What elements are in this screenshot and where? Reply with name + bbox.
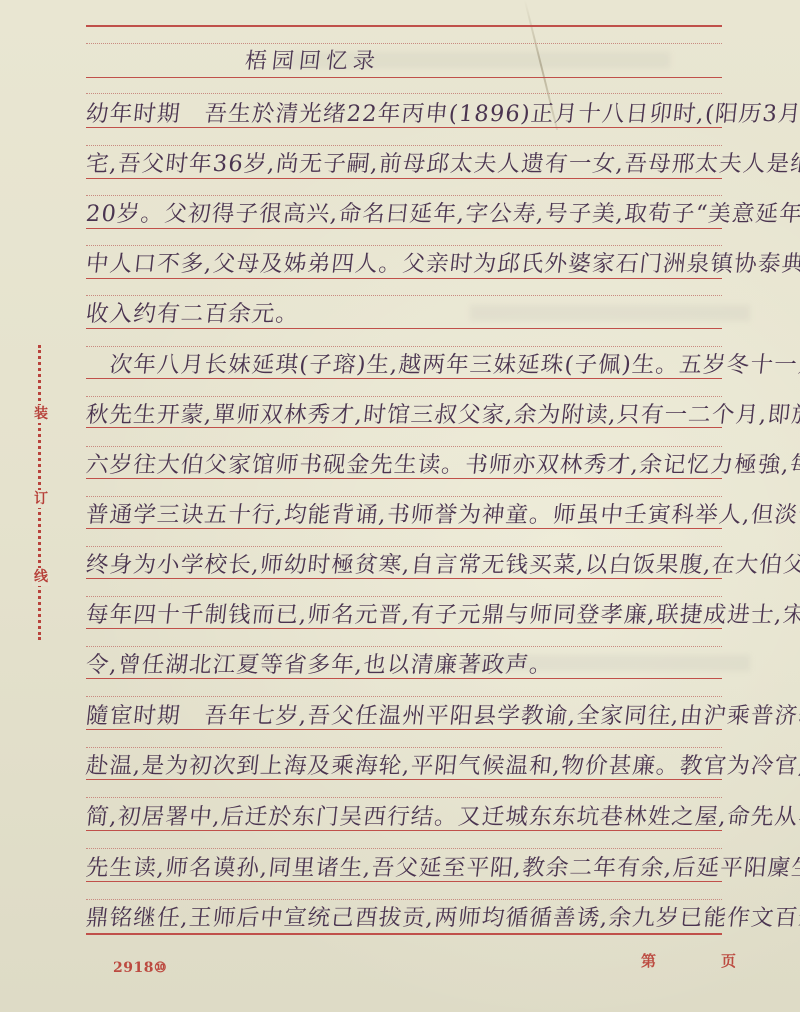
text-line: 幼年时期 吾生於清光绪22年丙申(1896)正月十八日卯时,(阳历3月1日)在南… (84, 99, 737, 129)
text-line: 简,初居署中,后迁於东门吴西行结。又迁城东东坑巷林姓之屋,命先从温镜蓉 (84, 802, 737, 832)
dotted-rule (86, 696, 722, 697)
manuscript-page: 装 订 线 梧园回忆录 幼年时期 吾生於清光绪22年丙申(1896)正月十八日卯… (0, 0, 800, 1012)
text-line: 六岁往大伯父家馆师书砚金先生读。书师亦双林秀才,余记忆力極強,每天读 (84, 450, 737, 480)
dotted-rule (86, 295, 722, 296)
dotted-rule (86, 899, 722, 900)
dotted-rule (86, 245, 722, 246)
text-line: 每年四十千制钱而已,师名元晋,有子元鼎与师同登孝廉,联捷成进士,宋仕为县 (84, 600, 737, 630)
dotted-rule (86, 596, 722, 597)
text-line: 宅,吾父时年36岁,尚无子嗣,前母邱太夫人遗有一女,吾母邢太夫人是继室,生吾时年 (84, 149, 737, 179)
text-line: 普通学三诀五十行,均能背诵,书师誉为神童。师虽中壬寅科举人,但淡于仕进, (84, 500, 737, 530)
text-line: 先生读,师名谟孙,同里诸生,吾父延至平阳,教余二年有余,后延平阳廩生王鑑如名 (84, 853, 737, 883)
dotted-rule (86, 446, 722, 447)
text-line: 秋先生开蒙,單师双林秀才,时馆三叔父家,余为附读,只有一二个月,即放年假。次年 (84, 400, 737, 430)
binding-char: 线 (32, 568, 50, 586)
text-line: 鼎铭继任,王师后中宣统己酉拔贡,两师均循循善诱,余九岁已能作文百余字。 (84, 903, 737, 933)
text-line: 次年八月长妹延琪(子瑢)生,越两年三妹延珠(子佩)生。五岁冬十一月從單今 (84, 350, 737, 380)
dotted-rule (86, 396, 722, 397)
dotted-rule (86, 346, 722, 347)
binding-char: 装 (32, 405, 50, 423)
rule (86, 77, 722, 78)
text-line: 终身为小学校长,师幼时極贫寒,自言常无钱买菜,以白饭果腹,在大伯父家束脩 (84, 550, 737, 580)
form-code: 2918⑩ (113, 960, 167, 976)
dotted-rule (86, 848, 722, 849)
text-line: 20岁。父初得子很高兴,命名曰延年,字公寿,号子美,取荀子“美意延年”之意,时家 (84, 199, 737, 229)
dotted-rule (86, 747, 722, 748)
dotted-rule (86, 43, 722, 44)
binding-char: 订 (32, 490, 50, 508)
dotted-rule (86, 646, 722, 647)
document-title: 梧园回忆录 (243, 44, 381, 75)
dotted-rule (86, 145, 722, 146)
text-line: 收入约有二百余元。 (84, 299, 737, 329)
dotted-rule (86, 93, 722, 94)
bottom-rule (86, 933, 722, 935)
page-label-right: 页 (721, 950, 736, 971)
dotted-rule (86, 797, 722, 798)
text-line: 赴温,是为初次到上海及乘海轮,平阳气候温和,物价甚廉。教官为冷官,公事清 (84, 751, 737, 781)
page-label-left: 第 (641, 950, 656, 971)
top-rule (86, 25, 722, 27)
text-line: 隨宦时期 吾年七岁,吾父任温州平阳县学教谕,全家同往,由沪乘普济轮船 (84, 701, 737, 731)
text-line: 令,曾任湖北江夏等省多年,也以清廉著政声。 (84, 650, 737, 680)
text-line: 中人口不多,父母及姊弟四人。父亲时为邱氏外婆家石门洲泉镇协泰典当管总,年 (84, 249, 737, 279)
dotted-rule (86, 496, 722, 497)
dotted-rule (86, 546, 722, 547)
dotted-rule (86, 195, 722, 196)
